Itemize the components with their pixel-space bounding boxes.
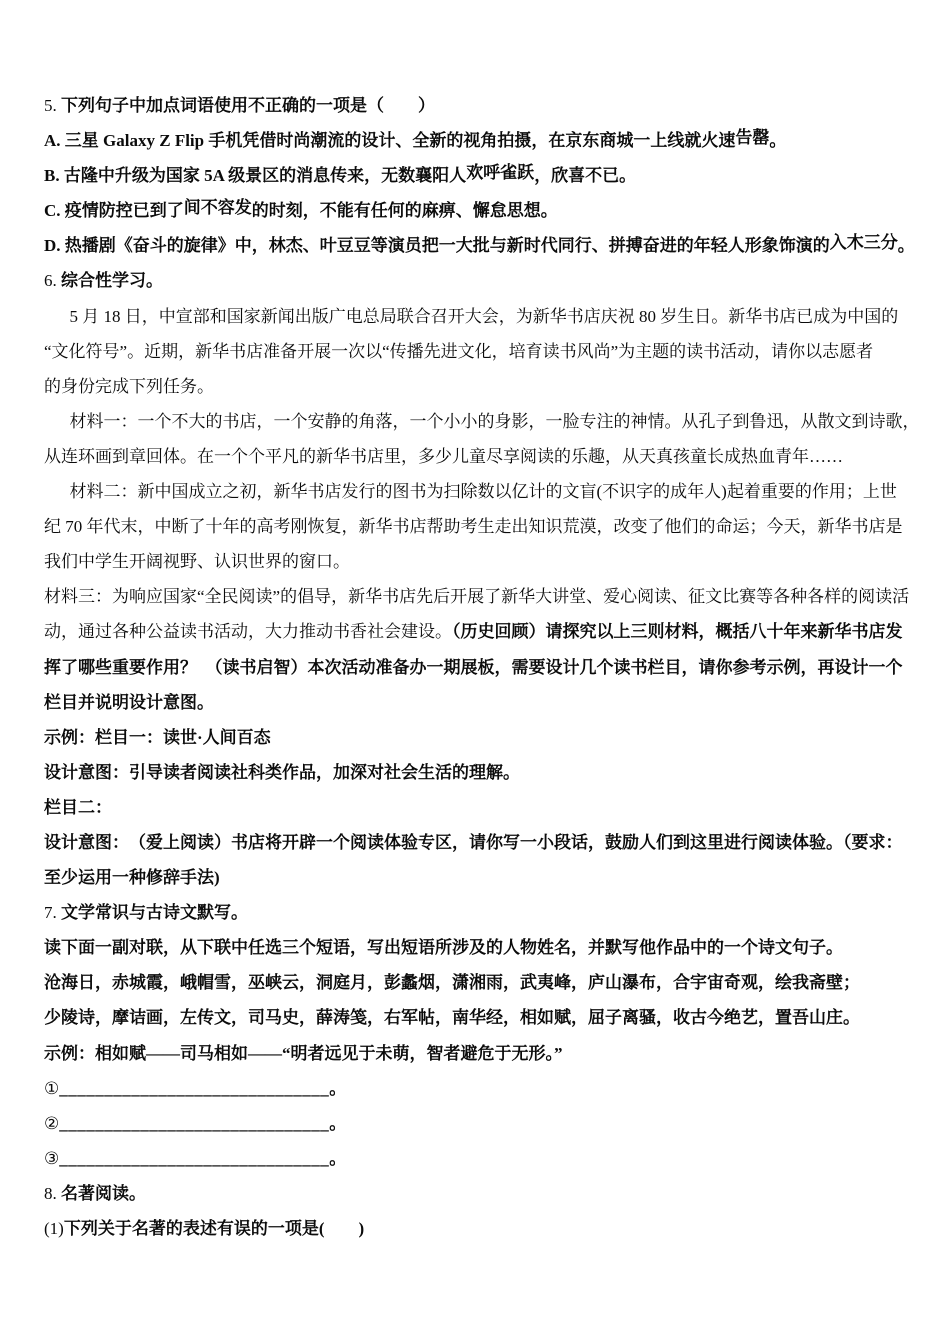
text-run: 动，通过各种公益读书活动，大力推动书香社会建设。 [44,622,452,641]
item-number: 7. [44,903,61,922]
text-run: 名著阅读。 [61,1184,146,1203]
answer-blank-line: ______________________________ [59,1149,329,1168]
text-run: 读下面一副对联，从下联中任选三个短语，写出短语所涉及的人物姓名，并默写他作品中的… [44,938,843,957]
text-run: 。 [898,236,915,255]
material-3-line-2: 动，通过各种公益读书活动，大力推动书香社会建设。（历史回顾）请探究以上三则材料，… [44,614,910,649]
text-run: 综合性学习。 [61,271,163,290]
material-1-line-1: 材料一：一个不大的书店，一个安静的角落，一个小小的身影，一脸专注的神情。从孔子到… [44,404,910,439]
q5-option-d: D. 热播剧《奋斗的旋律》中，林杰、叶豆豆等演员把一大批与新时代同行、拼搏奋进的… [44,228,910,263]
q6-intent-2-line-2: 至少运用一种修辞手法) [44,860,910,895]
material-2-line-3: 我们中学生开阔视野、认识世界的窗口。 [44,544,910,579]
text-run: “文化符号”。近期，新华书店准备开展一次以“传播先进文化，培育读书风尚”为主题的… [44,342,873,361]
q8-stem: 8. 名著阅读。 [44,1176,910,1211]
text-run: （历史回顾）请探究以上三则材料，概括八十年来新华书店发 [452,622,903,641]
q6-example-intent: 设计意图：引导读者阅读社科类作品，加深对社会生活的理解。 [44,755,910,790]
text-run: 文学常识与古诗文默写。 [61,903,248,922]
q6-column-2: 栏目二： [44,790,910,825]
material-3-line-1: 材料三：为响应国家“全民阅读”的倡导，新华书店先后开展了新华大讲堂、爱心阅读、征… [44,579,910,614]
text-run: 古隆中升级为国家 5A 级景区的消息传来，无数襄阳人 [64,166,466,185]
text-run: 的时刻，不能有任何的麻痹、懈怠思想。 [252,201,558,220]
text-run: 。 [329,1114,346,1133]
q7-example: 示例：相如赋——司马相如——“明者远见于未萌，智者避危于无形。” [44,1036,910,1071]
text-run: 的身份完成下列任务。 [44,377,214,396]
text-run: 设计意图：引导读者阅读社科类作品，加深对社会生活的理解。 [44,763,520,782]
answer-blank-1: ①______________________________。 [44,1071,910,1106]
text-run: 示例：相如赋——司马相如——“明者远见于未萌，智者避危于无形。” [44,1044,563,1063]
text-run: 纪 70 年代末，中断了十年的高考刚恢复，新华书店帮助考生走出知识荒漠，改变了他… [44,517,903,536]
item-number: 8. [44,1184,61,1203]
text-run: 沧海日，赤城霞，峨帽雪，巫峡云，洞庭月，彭蠡烟，潇湘雨，武夷峰，庐山瀑布，合宇宙… [44,973,860,992]
answer-blank-2: ②______________________________。 [44,1106,910,1141]
text-run: 示例：栏目一：读世·人间百态 [44,728,271,747]
q6-task-line-3: 栏目并说明设计意图。 [44,685,910,720]
material-2-line-1: 材料二：新中国成立之初，新华书店发行的图书为扫除数以亿计的文盲(不识字的成年人)… [44,474,910,509]
q5-option-a: A. 三星 Galaxy Z Flip 手机凭借时尚潮流的设计、全新的视角拍摄，… [44,123,910,158]
answer-blank-line: ______________________________ [59,1114,329,1133]
q6-task-line-2: 挥了哪些重要作用？ （读书启智）本次活动准备办一期展板，需要设计几个读书栏目，请… [44,650,910,685]
exam-document: 5. 下列句子中加点词语使用不正确的一项是（ ）A. 三星 Galaxy Z F… [0,0,950,1246]
text-run: 少陵诗，摩诘画，左传文，司马史，薛涛笺，右军帖，南华经，相如赋，屈子离骚，收古今… [44,1008,860,1027]
couplet-line-2: 少陵诗，摩诘画，左传文，司马史，薛涛笺，右军帖，南华经，相如赋，屈子离骚，收古今… [44,1000,910,1035]
answer-blank-3: ③______________________________。 [44,1141,910,1176]
text-run: 下列句子中加点词语使用不正确的一项是（ ） [61,96,435,115]
emphasized-word: 间不容发 [184,198,252,217]
option-letter: B. [44,166,64,185]
text-run: 材料一：一个不大的书店，一个安静的角落，一个小小的身影，一脸专注的神情。从孔子到… [70,412,920,431]
q5-stem: 5. 下列句子中加点词语使用不正确的一项是（ ） [44,88,910,123]
text-run: 热播剧《奋斗的旋律》中，林杰、叶豆豆等演员把一大批与新时代同行、拼搏奋进的年轻人… [65,236,830,255]
text-run: 下列关于名著的表述有误的一项是( ) [64,1219,364,1238]
text-run: ，欣喜不已。 [534,166,636,185]
option-letter: C. [44,201,65,220]
item-number: ① [44,1079,59,1098]
text-run: 。 [329,1079,346,1098]
couplet-line-1: 沧海日，赤城霞，峨帽雪，巫峡云，洞庭月，彭蠡烟，潇湘雨，武夷峰，庐山瀑布，合宇宙… [44,965,910,1000]
item-number: ③ [44,1149,59,1168]
q6-example-column: 示例：栏目一：读世·人间百态 [44,720,910,755]
option-letter: D. [44,236,65,255]
item-number: 5. [44,96,61,115]
q6-intent-2-line-1: 设计意图： （爱上阅读）书店将开辟一个阅读体验专区，请你写一小段话，鼓励人们到这… [44,825,910,860]
emphasized-word: 告罄 [735,128,769,147]
answer-blank-line: ______________________________ [59,1079,329,1098]
q5-option-c: C. 疫情防控已到了间不容发的时刻，不能有任何的麻痹、懈怠思想。 [44,193,910,228]
q6-intro-line-1: 5 月 18 日，中宣部和国家新闻出版广电总局联合召开大会，为新华书店庆祝 80… [44,299,910,334]
text-run: 三星 Galaxy Z Flip 手机凭借时尚潮流的设计、全新的视角拍摄，在京东… [65,131,736,150]
q6-intro-line-2: “文化符号”。近期，新华书店准备开展一次以“传播先进文化，培育读书风尚”为主题的… [44,334,910,369]
text-run: 至少运用一种修辞手法) [44,868,220,887]
text-run: 疫情防控已到了 [65,201,184,220]
text-run: 栏目并说明设计意图。 [44,693,214,712]
text-run: 我们中学生开阔视野、认识世界的窗口。 [44,552,350,571]
q5-option-b: B. 古隆中升级为国家 5A 级景区的消息传来，无数襄阳人欢呼雀跃，欣喜不已。 [44,158,910,193]
option-letter: A. [44,131,65,150]
text-run: 设计意图： （爱上阅读）书店将开辟一个阅读体验专区，请你写一小段话，鼓励人们到这… [44,833,903,852]
q7-instruction: 读下面一副对联，从下联中任选三个短语，写出短语所涉及的人物姓名，并默写他作品中的… [44,930,910,965]
text-run: 材料三：为响应国家“全民阅读”的倡导，新华书店先后开展了新华大讲堂、爱心阅读、征… [44,587,909,606]
text-run: 材料二：新中国成立之初，新华书店发行的图书为扫除数以亿计的文盲(不识字的成年人)… [70,482,897,501]
emphasized-word: 入木三分 [830,233,898,252]
material-1-line-2: 从连环画到章回体。在一个个平凡的新华书店里，多少儿童尽享阅读的乐趣，从天真孩童长… [44,439,910,474]
q8-sub-question-1: (1)下列关于名著的表述有误的一项是( ) [44,1211,910,1246]
text-run: 栏目二： [44,798,112,817]
item-number: ② [44,1114,59,1133]
q6-intro-line-3: 的身份完成下列任务。 [44,369,910,404]
q6-stem: 6. 综合性学习。 [44,263,910,298]
text-run: 。 [329,1149,346,1168]
material-2-line-2: 纪 70 年代末，中断了十年的高考刚恢复，新华书店帮助考生走出知识荒漠，改变了他… [44,509,910,544]
item-number: (1) [44,1219,64,1238]
text-run: 。 [769,131,786,150]
item-number: 6. [44,271,61,290]
text-run: 从连环画到章回体。在一个个平凡的新华书店里，多少儿童尽享阅读的乐趣，从天真孩童长… [44,447,843,466]
text-run: 挥了哪些重要作用？ （读书启智）本次活动准备办一期展板，需要设计几个读书栏目，请… [44,658,903,677]
text-run: 5 月 18 日，中宣部和国家新闻出版广电总局联合召开大会，为新华书店庆祝 80… [70,307,899,326]
emphasized-word: 欢呼雀跃 [466,163,534,182]
q7-stem: 7. 文学常识与古诗文默写。 [44,895,910,930]
